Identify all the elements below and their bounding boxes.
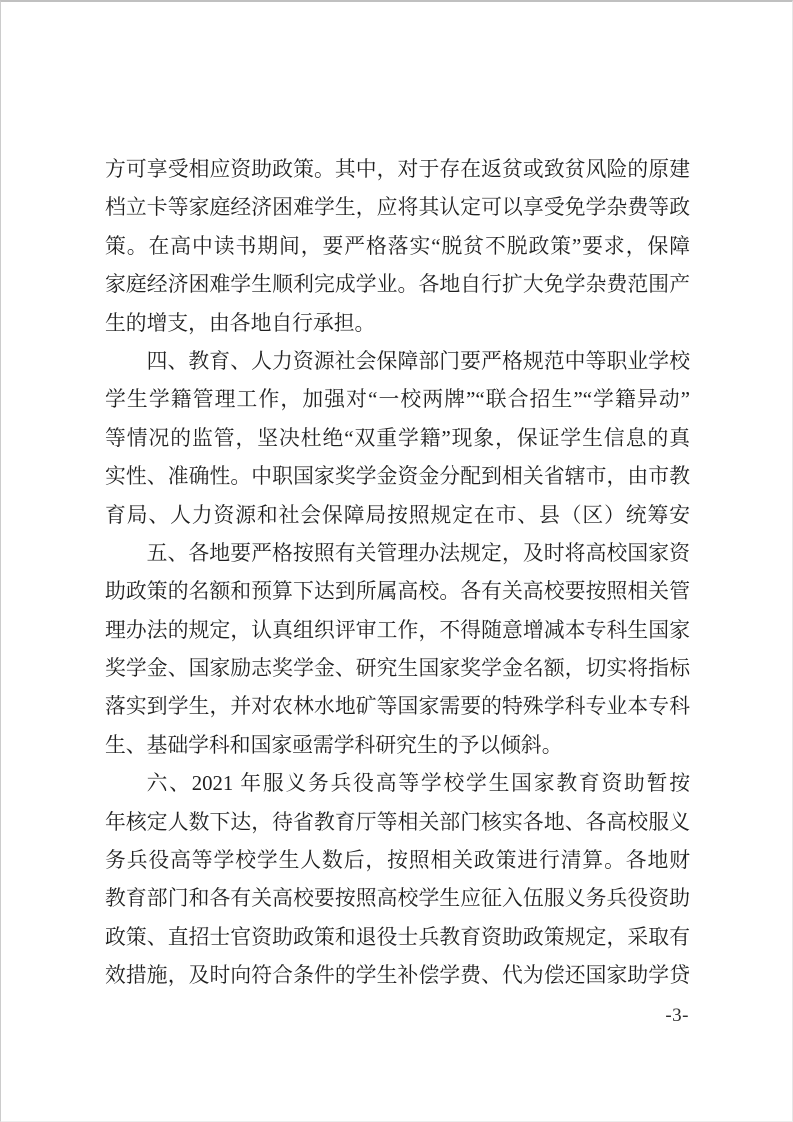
text-line: 助政策的名额和预算下达到所属高校。各有关高校要按照相关管 — [105, 573, 690, 611]
text-line: 家庭经济困难学生顺利完成学业。各地自行扩大免学杂费范围产 — [105, 266, 690, 304]
text-line: 五、各地要严格按照有关管理办法规定，及时将高校国家资 — [105, 535, 690, 573]
paragraph: 方可享受相应资助政策。其中，对于存在返贫或致贫风险的原建档立卡等家庭经济困难学生… — [105, 151, 690, 343]
paragraph: 六、2021 年服义务兵役高等学校学生国家教育资助暂按 2019年核定人数下达，… — [105, 765, 690, 995]
page-number: -3- — [665, 1004, 689, 1028]
text-line: 育局、人力资源和社会保障局按照规定在市、县（区）统筹安排。 — [105, 497, 690, 535]
text-line: 档立卡等家庭经济困难学生，应将其认定可以享受免学杂费等政 — [105, 189, 690, 227]
text-line: 四、教育、人力资源社会保障部门要严格规范中等职业学校 — [105, 343, 690, 381]
text-line: 生的增支，由各地自行承担。 — [105, 305, 690, 343]
paragraph: 五、各地要严格按照有关管理办法规定，及时将高校国家资助政策的名额和预算下达到所属… — [105, 535, 690, 765]
text-line: 学生学籍管理工作，加强对“一校两牌”“联合招生”“学籍异动” — [105, 381, 690, 419]
text-line: 奖学金、国家励志奖学金、研究生国家奖学金名额，切实将指标 — [105, 650, 690, 688]
body-text: 方可享受相应资助政策。其中，对于存在返贫或致贫风险的原建档立卡等家庭经济困难学生… — [105, 151, 690, 996]
text-line: 等情况的监管，坚决杜绝“双重学籍”现象，保证学生信息的真 — [105, 420, 690, 458]
paragraph: 四、教育、人力资源社会保障部门要严格规范中等职业学校学生学籍管理工作，加强对“一… — [105, 343, 690, 535]
text-line: 六、2021 年服义务兵役高等学校学生国家教育资助暂按 2019 — [105, 765, 690, 803]
text-line: 年核定人数下达，待省教育厅等相关部门核实各地、各高校服义 — [105, 804, 690, 842]
document-page: 方可享受相应资助政策。其中，对于存在返贫或致贫风险的原建档立卡等家庭经济困难学生… — [0, 0, 793, 1122]
text-line: 教育部门和各有关高校要按照高校学生应征入伍服义务兵役资助 — [105, 880, 690, 918]
text-line: 务兵役高等学校学生人数后，按照相关政策进行清算。各地财政、 — [105, 842, 690, 880]
text-line: 策。在高中读书期间，要严格落实“脱贫不脱政策”要求，保障 — [105, 228, 690, 266]
text-line: 生、基础学科和国家亟需学科研究生的予以倾斜。 — [105, 727, 690, 765]
text-line: 效措施，及时向符合条件的学生补偿学费、代为偿还国家助学贷 — [105, 957, 690, 995]
text-line: 方可享受相应资助政策。其中，对于存在返贫或致贫风险的原建 — [105, 151, 690, 189]
text-line: 理办法的规定，认真组织评审工作，不得随意增减本专科生国家 — [105, 612, 690, 650]
text-line: 政策、直招士官资助政策和退役士兵教育资助政策规定，采取有 — [105, 919, 690, 957]
text-line: 实性、准确性。中职国家奖学金资金分配到相关省辖市，由市教 — [105, 458, 690, 496]
text-line: 落实到学生，并对农林水地矿等国家需要的特殊学科专业本专科 — [105, 688, 690, 726]
